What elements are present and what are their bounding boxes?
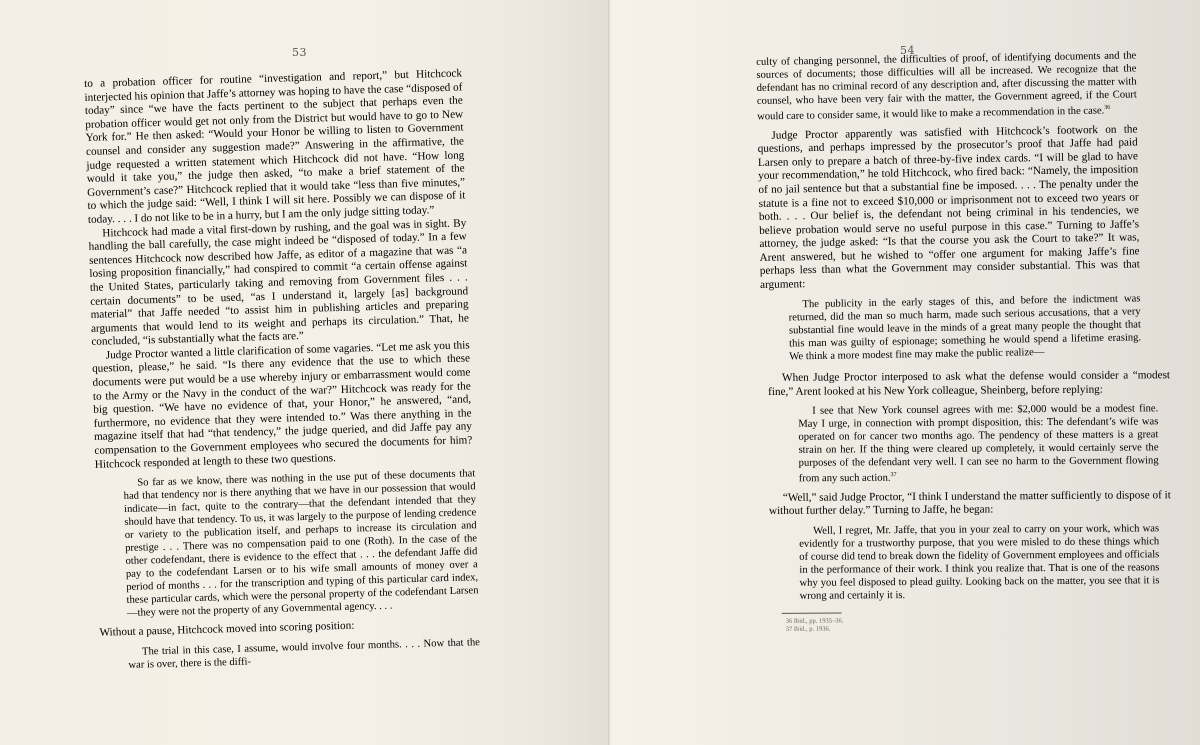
footnote-marker: 37 (891, 472, 897, 478)
page-number: 53 (292, 46, 307, 59)
paragraph: Hitchcock had made a vital first-down by… (88, 217, 469, 350)
left-page-body: to a probation officer for routine “inve… (84, 67, 479, 678)
footnote-divider (782, 612, 842, 613)
quote-text: I see that New York counsel agrees with … (798, 403, 1158, 484)
block-quote: Well, I regret, Mr. Jaffe, that you in y… (799, 522, 1160, 603)
right-page-body-upper: culty of changing personnel, the difficu… (756, 43, 1142, 369)
paragraph: When Judge Proctor interposed to ask wha… (768, 369, 1170, 399)
right-page-body-lower: When Judge Proctor interposed to ask wha… (768, 369, 1172, 634)
block-quote-continued: culty of changing personnel, the difficu… (756, 49, 1137, 123)
paragraph: Judge Proctor wanted a little clarificat… (92, 339, 473, 472)
block-quote: I see that New York counsel agrees with … (798, 402, 1159, 485)
paragraph: to a probation officer for routine “inve… (84, 67, 466, 227)
book-spread: 53 54 to a probation officer for routine… (0, 0, 1200, 745)
book-gutter (608, 0, 611, 745)
footnote-marker: 36 (1104, 105, 1110, 111)
paragraph: “Well,” said Judge Proctor, “I think I u… (769, 489, 1171, 519)
block-quote: So far as we know, there was nothing in … (123, 467, 479, 620)
quote-text: culty of changing personnel, the difficu… (756, 50, 1137, 122)
block-quote: The publicity in the early stages of thi… (788, 292, 1141, 363)
block-quote: The trial in this case, I assume, would … (128, 636, 481, 672)
paragraph: Judge Proctor apparently was satisfied w… (757, 123, 1140, 293)
